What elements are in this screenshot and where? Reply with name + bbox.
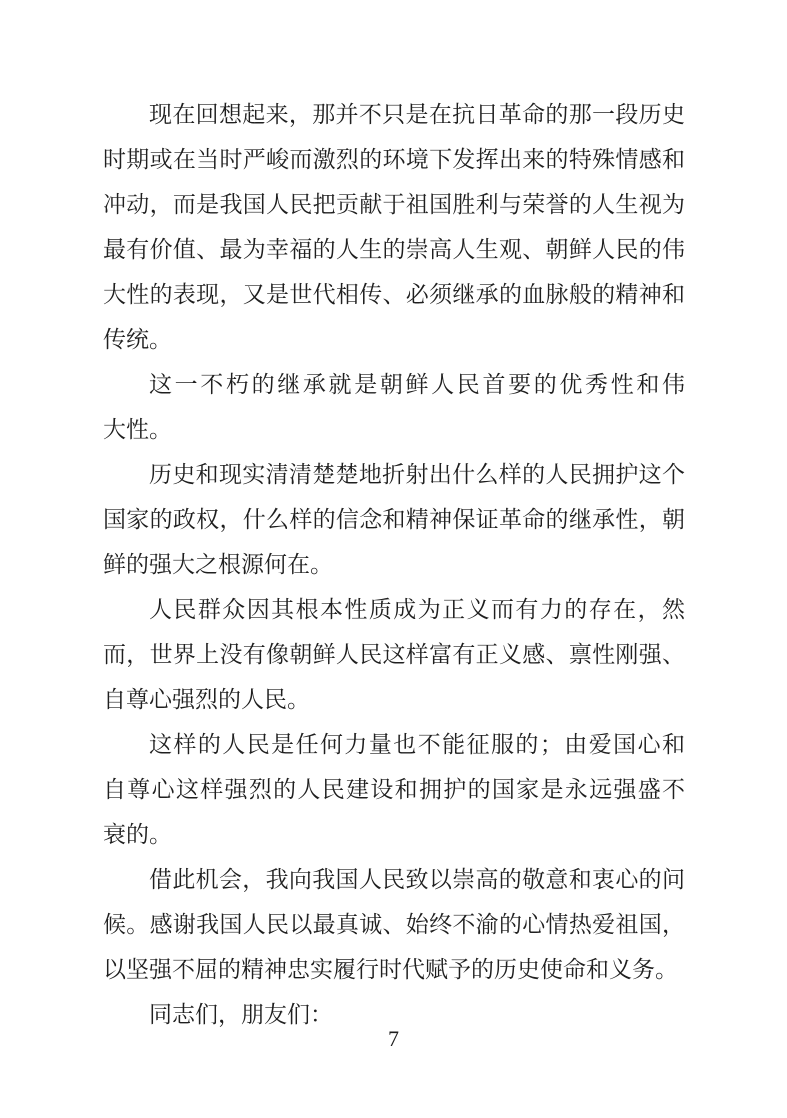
text-line: 自尊心强烈的人民。	[103, 677, 685, 722]
text-line: 传统。	[103, 317, 685, 362]
text-line: 借此机会，我向我国人民致以崇高的敬意和衷心的问	[103, 857, 685, 902]
text-line: 鲜的强大之根源何在。	[103, 542, 685, 587]
text-line: 最有价值、最为幸福的人生的崇高人生观、朝鲜人民的伟	[103, 227, 685, 272]
text-line: 人民群众因其根本性质成为正义而有力的存在，然	[103, 587, 685, 632]
text-line: 以坚强不屈的精神忠实履行时代赋予的历史使命和义务。	[103, 947, 685, 992]
page-number: 7	[0, 1026, 787, 1052]
paragraph: 这样的人民是任何力量也不能征服的；由爱国心和 自尊心这样强烈的人民建设和拥护的国…	[103, 722, 685, 857]
text-line: 大性的表现，又是世代相传、必须继承的血脉般的精神和	[103, 272, 685, 317]
text-line: 衰的。	[103, 812, 685, 857]
paragraph: 这一不朽的继承就是朝鲜人民首要的优秀性和伟 大性。	[103, 362, 685, 452]
document-page: 现在回想起来，那并不只是在抗日革命的那一段历史 时期或在当时严峻而激烈的环境下发…	[0, 0, 787, 1118]
text-line: 自尊心这样强烈的人民建设和拥护的国家是永远强盛不	[103, 767, 685, 812]
paragraph: 借此机会，我向我国人民致以崇高的敬意和衷心的问 候。感谢我国人民以最真诚、始终不…	[103, 857, 685, 992]
paragraph: 现在回想起来，那并不只是在抗日革命的那一段历史 时期或在当时严峻而激烈的环境下发…	[103, 92, 685, 362]
text-line: 这样的人民是任何力量也不能征服的；由爱国心和	[103, 722, 685, 767]
text-line: 冲动，而是我国人民把贡献于祖国胜利与荣誉的人生视为	[103, 182, 685, 227]
text-line: 这一不朽的继承就是朝鲜人民首要的优秀性和伟	[103, 362, 685, 407]
body-text: 现在回想起来，那并不只是在抗日革命的那一段历史 时期或在当时严峻而激烈的环境下发…	[103, 92, 685, 1037]
paragraph: 历史和现实清清楚楚地折射出什么样的人民拥护这个 国家的政权，什么样的信念和精神保…	[103, 452, 685, 587]
text-line: 而，世界上没有像朝鲜人民这样富有正义感、禀性刚强、	[103, 632, 685, 677]
text-line: 时期或在当时严峻而激烈的环境下发挥出来的特殊情感和	[103, 137, 685, 182]
text-line: 国家的政权，什么样的信念和精神保证革命的继承性，朝	[103, 497, 685, 542]
text-line: 历史和现实清清楚楚地折射出什么样的人民拥护这个	[103, 452, 685, 497]
text-line: 大性。	[103, 407, 685, 452]
text-line: 候。感谢我国人民以最真诚、始终不渝的心情热爱祖国，	[103, 902, 685, 947]
text-line: 现在回想起来，那并不只是在抗日革命的那一段历史	[103, 92, 685, 137]
paragraph: 人民群众因其根本性质成为正义而有力的存在，然 而，世界上没有像朝鲜人民这样富有正…	[103, 587, 685, 722]
